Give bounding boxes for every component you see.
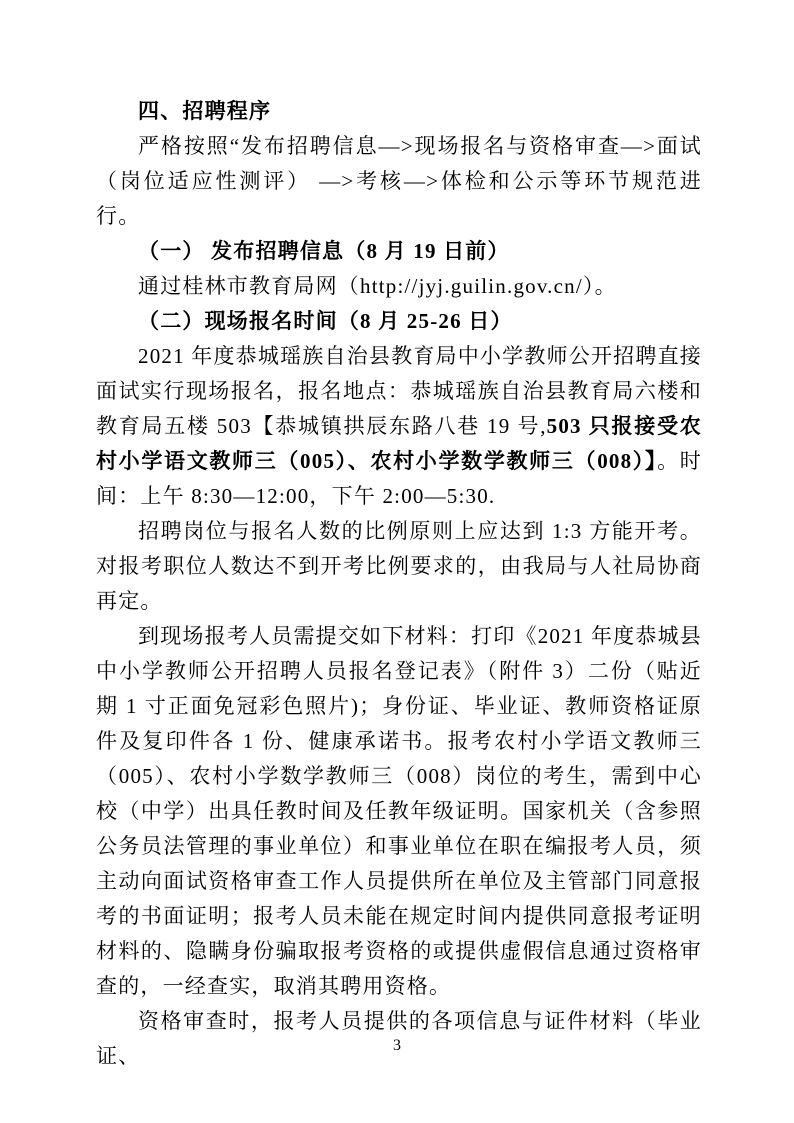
section-heading: 四、招聘程序	[96, 94, 702, 129]
paragraph-ratio-rule: 招聘岗位与报名人数的比例原则上应达到 1:3 方能开考。对报考职位人数达不到开考…	[96, 514, 702, 619]
document-content: 四、招聘程序 严格按照“发布招聘信息—>现场报名与资格审查—>面试（岗位适应性测…	[96, 94, 702, 1074]
subsection-2-heading: （二）现场报名时间（8 月 25-26 日）	[96, 304, 702, 339]
paragraph-registration: 2021 年度恭城瑶族自治县教育局中小学教师公开招聘直接面试实行现场报名，报名地…	[96, 339, 702, 514]
document-page: 四、招聘程序 严格按照“发布招聘信息—>现场报名与资格审查—>面试（岗位适应性测…	[0, 0, 794, 1123]
paragraph-materials: 到现场报考人员需提交如下材料：打印《2021 年度恭城县中小学教师公开招聘人员报…	[96, 619, 702, 1004]
paragraph-publish-channel: 通过桂林市教育局网（http://jyj.guilin.gov.cn/）。	[96, 269, 702, 304]
page-number: 3	[0, 1036, 794, 1056]
paragraph-procedure-intro: 严格按照“发布招聘信息—>现场报名与资格审查—>面试（岗位适应性测评） —>考核…	[96, 129, 702, 234]
subsection-1-heading: （一） 发布招聘信息（8 月 19 日前）	[96, 234, 702, 269]
